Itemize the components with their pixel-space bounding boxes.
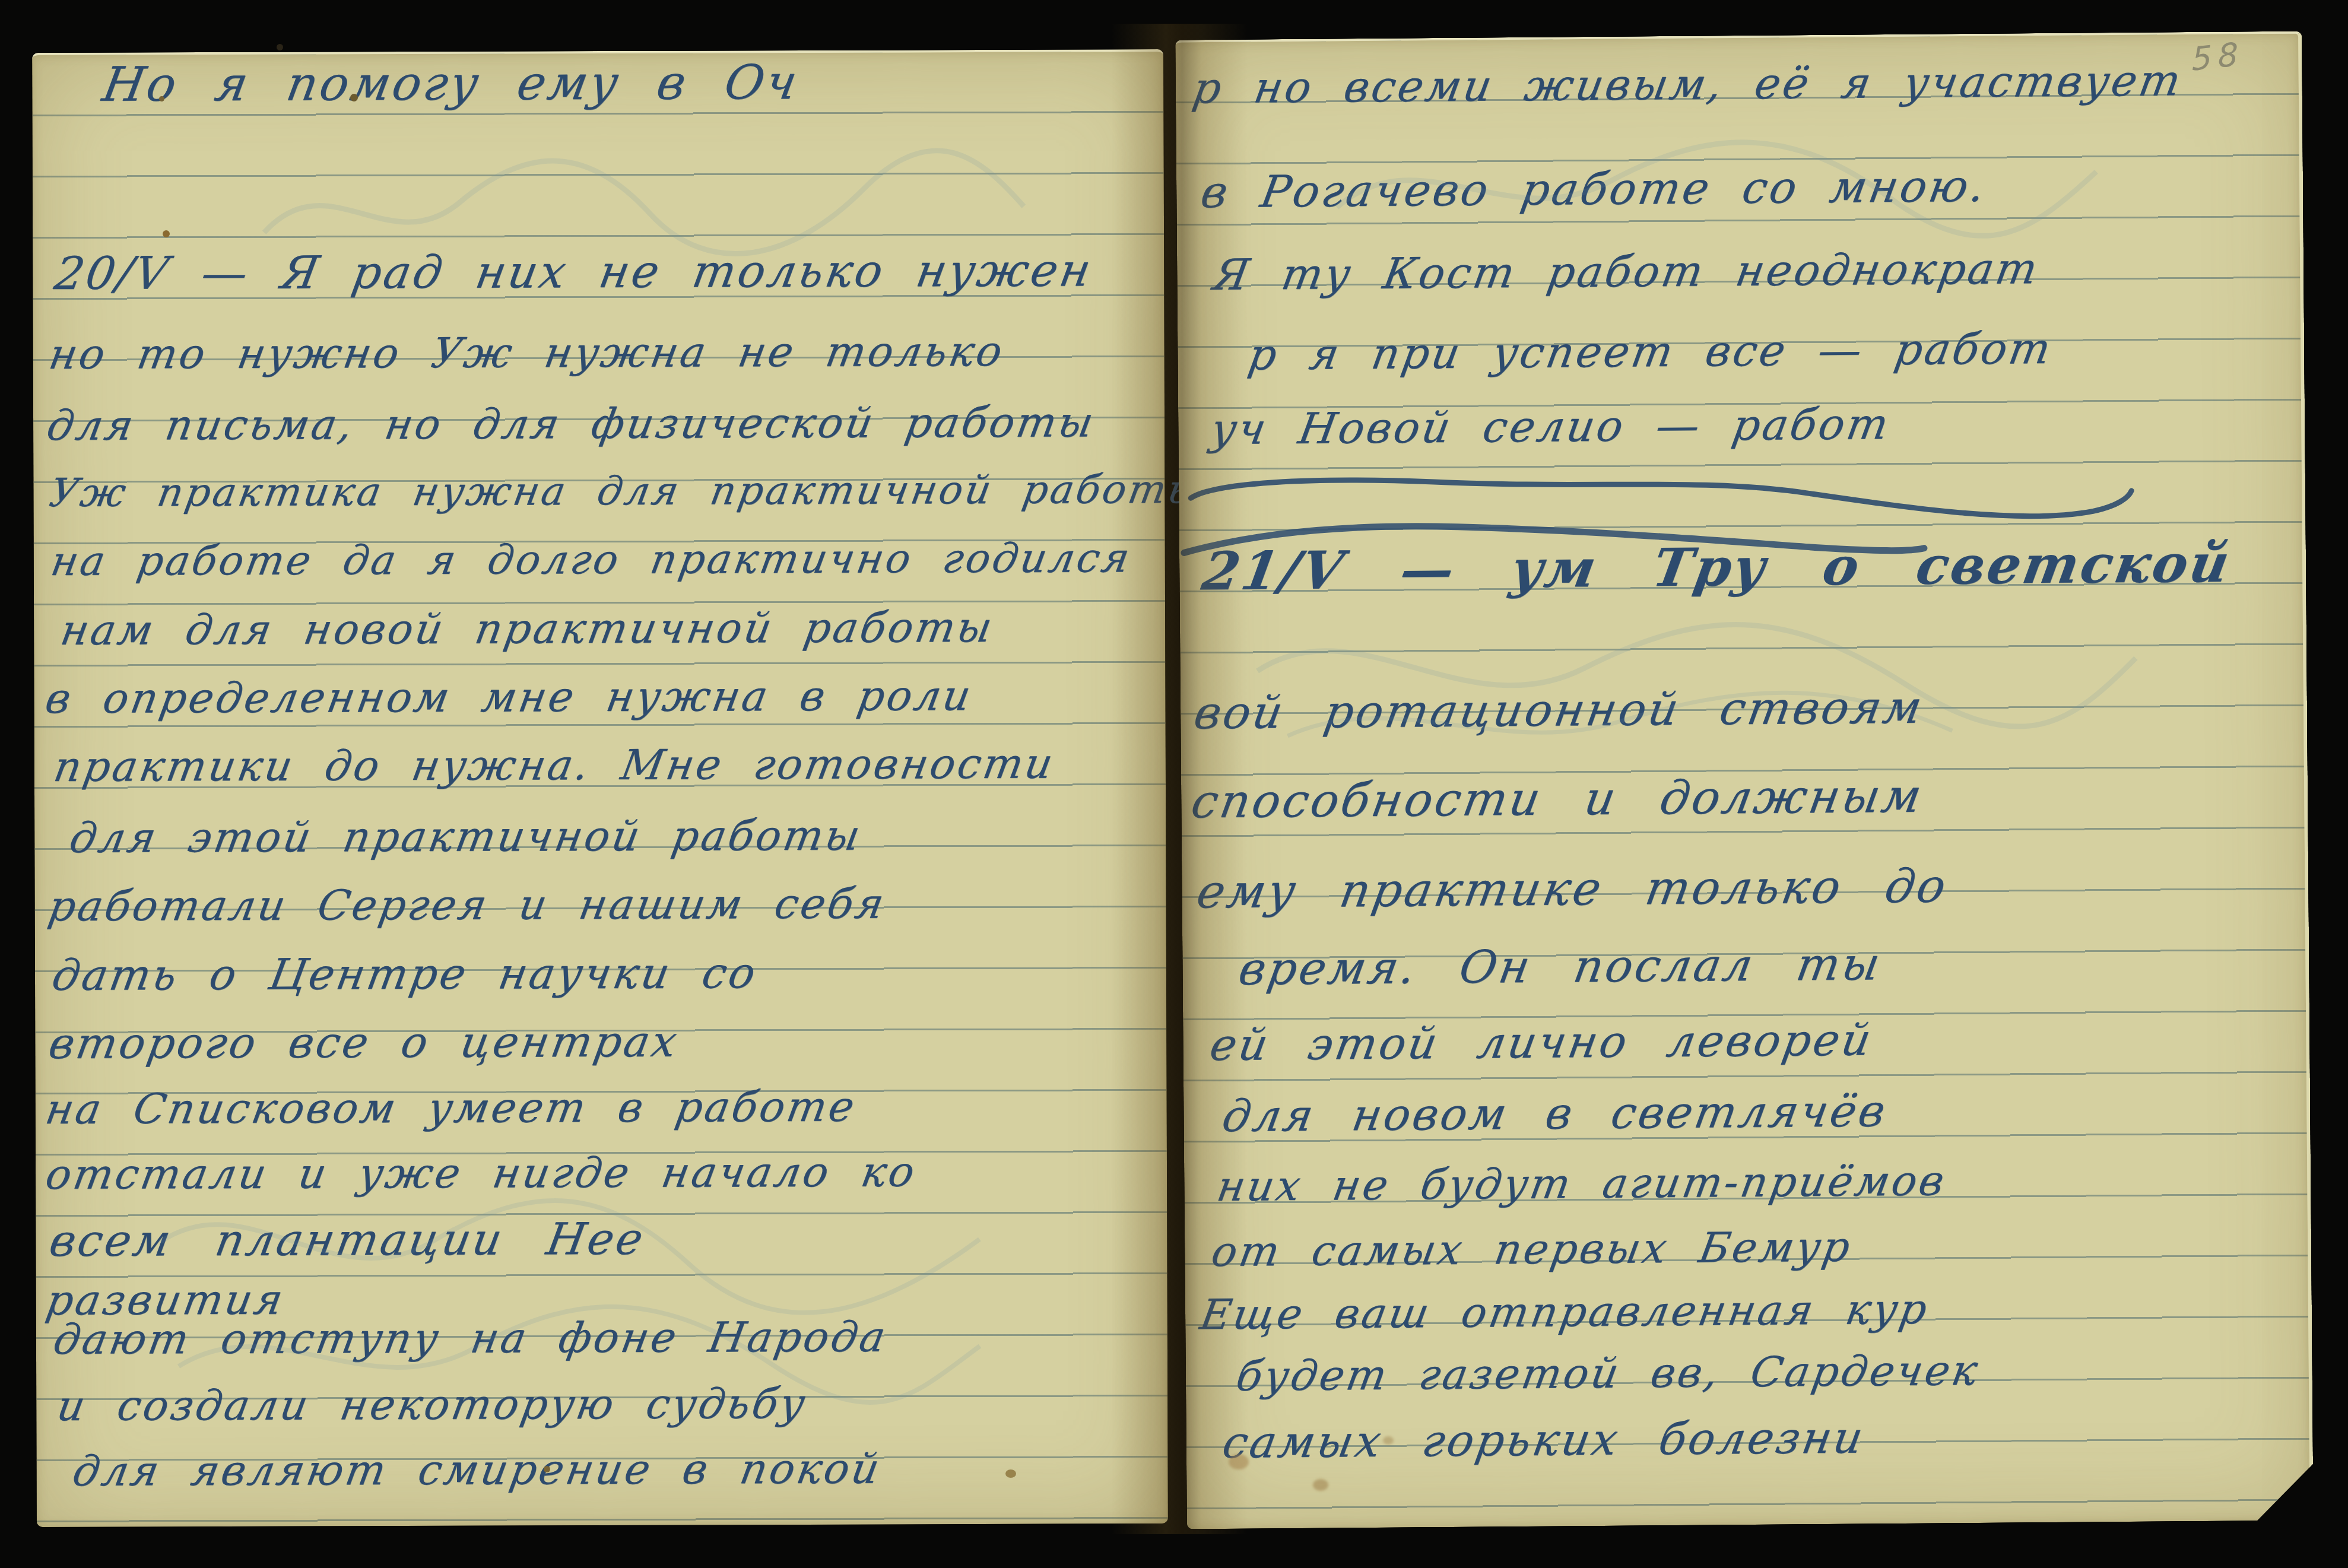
handwritten-line: будет газетой вв, Сардечек	[1233, 1349, 1983, 1398]
handwritten-line: Еще ваш отправленная кур	[1197, 1288, 1933, 1337]
left-page: Но я помогу ему в Оч 20/V — Я рад них не…	[32, 49, 1168, 1527]
handwritten-line: ему практике только до	[1194, 862, 1952, 917]
handwritten-line: р я при успеет все — работ	[1245, 326, 2056, 377]
stain	[1383, 1436, 1394, 1445]
notebook-scan: Но я помогу ему в Оч 20/V — Я рад них не…	[0, 0, 2348, 1568]
handwritten-line: отстали и уже нигде начало ко	[43, 1150, 920, 1196]
handwritten-line: 20/V — Я рад них не только нужен	[51, 246, 1096, 297]
handwritten-line: дать о Центре научки со	[49, 951, 761, 998]
speck	[544, 1466, 550, 1472]
handwritten-line: Но я помогу ему в Оч	[99, 58, 803, 110]
page-number: 58	[2191, 35, 2244, 78]
handwritten-line: работали Сергея и нашим себя	[45, 882, 889, 928]
speck	[159, 96, 164, 101]
handwritten-line: дают отступу на фоне Народа	[50, 1315, 891, 1361]
handwritten-line: от самых первых Бемур	[1208, 1226, 1855, 1274]
handwritten-line: в определенном мне нужна в роли	[42, 674, 976, 720]
handwritten-line: и создали некоторую судьбу	[54, 1382, 811, 1429]
handwritten-line: вой ротационной ствоям	[1191, 684, 1927, 737]
stain	[1313, 1479, 1328, 1491]
stain	[1229, 1454, 1249, 1469]
speck	[163, 230, 170, 237]
handwritten-line: нам для новой практичной работы	[58, 606, 998, 652]
handwritten-line: для новом в светлячёв	[1219, 1088, 1890, 1140]
handwritten-line: но то нужно Уж нужна не только	[46, 330, 1008, 377]
handwritten-line: время. Он послал ты	[1236, 940, 1886, 992]
speck	[277, 44, 283, 50]
handwritten-line: практики до нужна. Мне готовности	[51, 742, 1058, 789]
handwritten-line: ей этой лично леворей	[1207, 1017, 1876, 1069]
handwritten-line: на работе да я долго практично годился	[48, 537, 1135, 583]
handwritten-line: для письма, но для физической работы	[44, 401, 1099, 447]
handwritten-line: всем плантации Нее	[46, 1217, 649, 1265]
handwritten-line: Я ту Кост работ неоднократ	[1210, 246, 2043, 298]
handwritten-line: них не будут агит-приёмов	[1214, 1159, 1950, 1208]
handwritten-line: уч Новой селио — работ	[1208, 402, 1894, 452]
handwritten-line: 21/V — ум Тру о светской	[1198, 535, 2235, 598]
handwritten-line: на Списковом умеет в работе	[42, 1085, 859, 1132]
handwritten-line: способности и должным	[1188, 773, 1927, 827]
handwritten-line: для являют смирение в покой	[69, 1447, 884, 1493]
handwritten-line: второго все о центрах	[46, 1020, 683, 1067]
speck	[350, 94, 358, 101]
handwritten-line: р но всеми живым, её я участвует	[1189, 58, 2186, 111]
handwritten-line: в Рогачево работе со мною.	[1198, 164, 1991, 216]
ink-bleed-ghost	[1251, 581, 2142, 766]
right-page: 58 р но всеми живым, её я участвует в Ро…	[1175, 31, 2314, 1529]
handwritten-line: Уж практика нужна для практичной работы	[46, 469, 1205, 513]
handwritten-line: для этой практичной работы	[66, 814, 865, 861]
stain	[1005, 1469, 1016, 1478]
handwritten-line: самых горьких болезни	[1219, 1415, 1868, 1466]
